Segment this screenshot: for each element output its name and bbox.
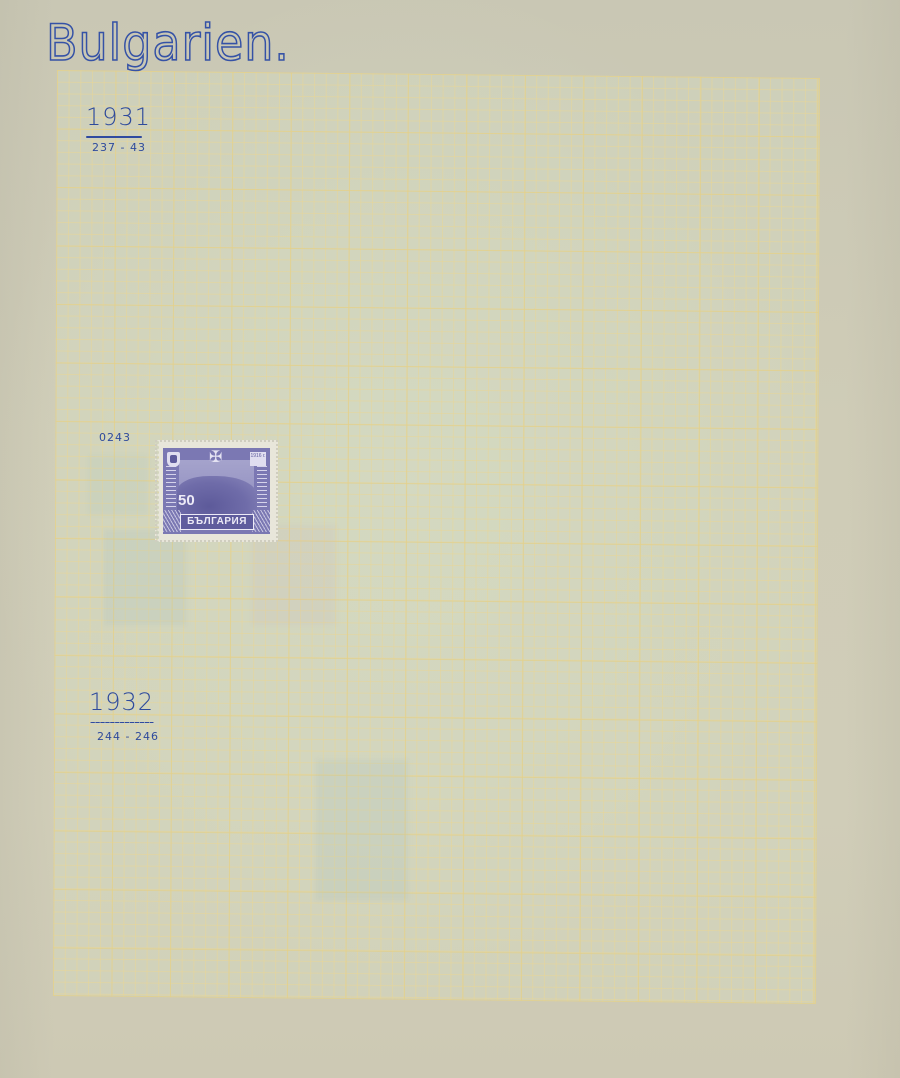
section-catalog-range: 244 - 246 xyxy=(97,730,159,743)
section-year-1931: 1931 xyxy=(86,103,151,131)
faint-stamp-mark xyxy=(316,760,408,900)
stamp-rays xyxy=(252,510,270,532)
stamp-rays xyxy=(163,510,181,532)
stamp-bulgaria-50[interactable]: ✠ 1916 г. 50 БЪЛГАРИЯ xyxy=(155,440,278,542)
faint-stamp-mark xyxy=(104,530,186,625)
coat-of-arms-icon xyxy=(167,452,180,467)
stamp-design: ✠ 1916 г. 50 БЪЛГАРИЯ xyxy=(163,448,270,534)
cross-emblem-icon: ✠ xyxy=(209,450,222,466)
section-underline xyxy=(86,136,142,138)
stamp-country-name: БЪЛГАРИЯ xyxy=(180,514,254,530)
section-underline xyxy=(90,722,154,723)
section-catalog-range: 237 - 43 xyxy=(92,141,146,154)
stamp-year-mark: 1916 г. xyxy=(250,452,266,466)
stamp-catalog-number: 0243 xyxy=(99,431,131,444)
stamp-denomination: 50 xyxy=(178,492,195,509)
faint-stamp-mark xyxy=(88,455,148,515)
stamp-pillar xyxy=(257,466,267,510)
page-title: Bulgarien. xyxy=(46,18,290,68)
section-year-1932: 1932 xyxy=(89,688,154,716)
stamp-pillar xyxy=(166,466,176,510)
